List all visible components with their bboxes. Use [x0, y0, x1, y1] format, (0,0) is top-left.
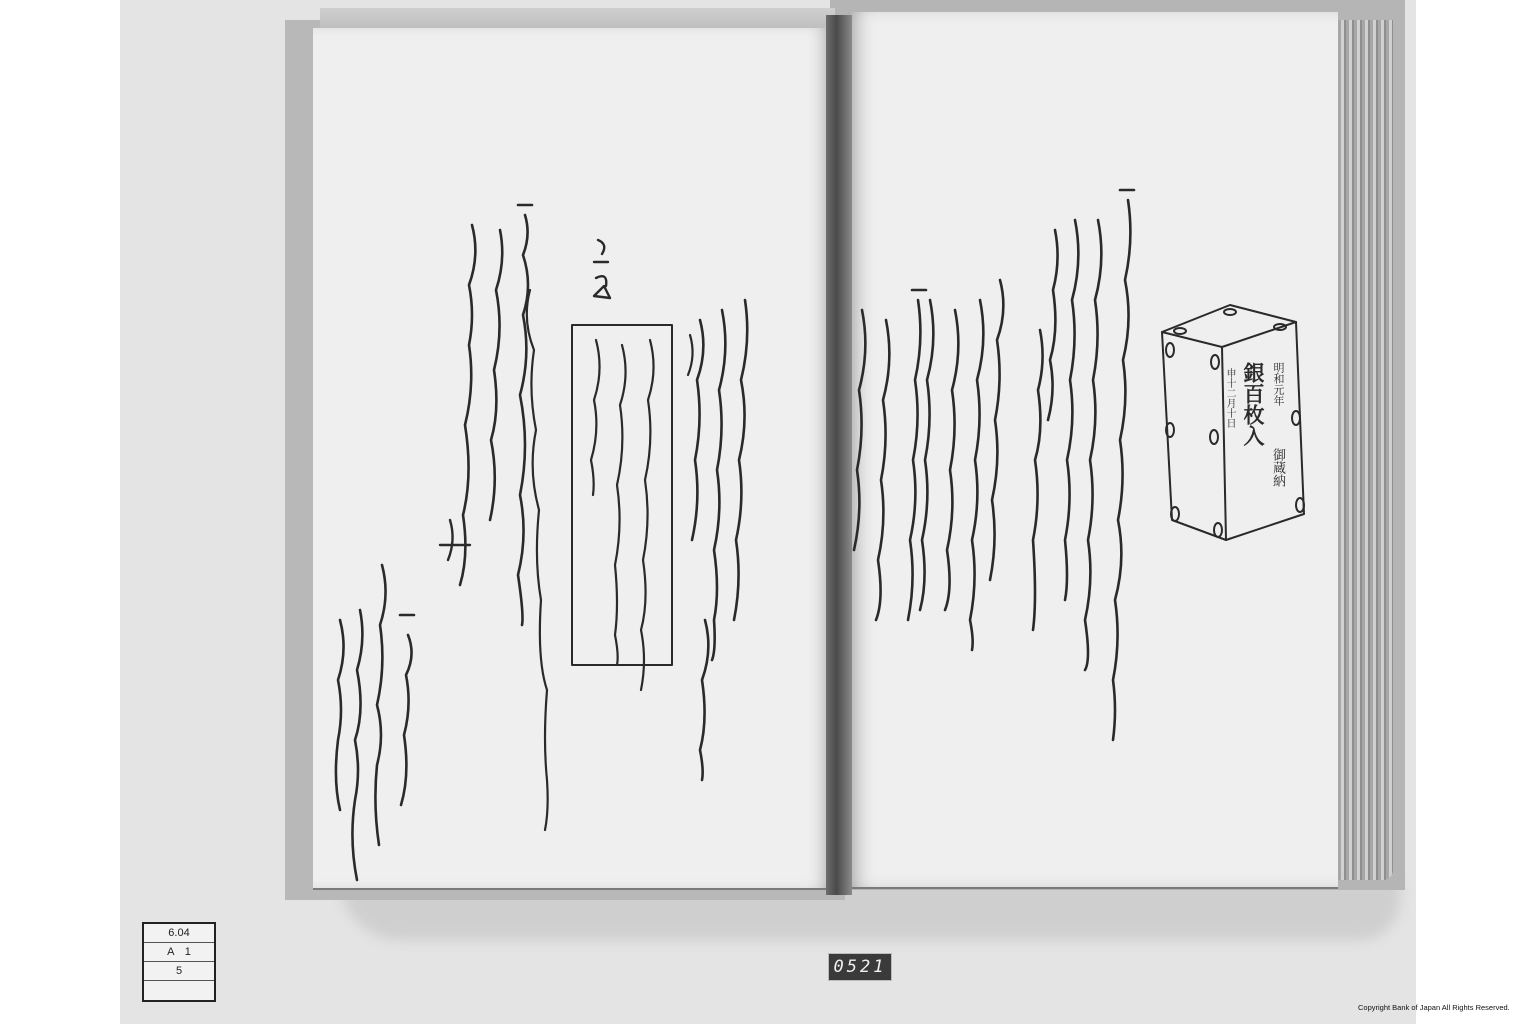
- catalog-label-row: 5: [144, 962, 214, 981]
- copyright-notice: Copyright Bank of Japan All Rights Reser…: [1358, 1003, 1510, 1012]
- left-page-columns: [336, 205, 548, 880]
- box-label-main: 銀百枚入: [1238, 362, 1268, 446]
- box-label-date: 申十二月十日: [1222, 368, 1237, 428]
- catalog-label-row: 6.04: [144, 924, 214, 943]
- box-label-side: 御蔵納: [1268, 448, 1287, 487]
- frame-number: 0521: [828, 953, 892, 981]
- box-label-era: 明和元年: [1270, 362, 1286, 406]
- handwritten-text: [0, 0, 1536, 1024]
- catalog-label-row: A 1: [144, 943, 214, 962]
- catalog-label: 6.04 A 1 5: [142, 922, 216, 1002]
- catalog-label-row: [144, 981, 214, 999]
- right-page-columns: [854, 190, 1134, 740]
